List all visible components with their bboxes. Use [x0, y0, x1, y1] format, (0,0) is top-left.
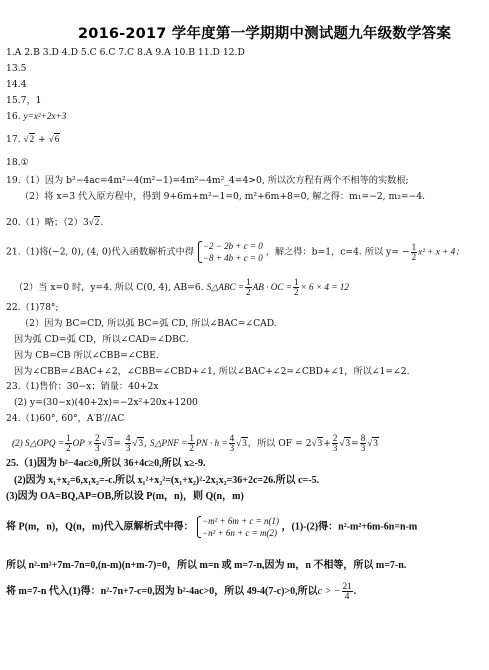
answer-25-part1: 25.（1)因为 b²−4ac≥0,所以 36+4c≥0,所以 x≥-9. [6, 458, 205, 470]
answer-25-part2: (2)因为 x₁+x₂=6,x₁x₂=-c.所以 x₁²+x₂²=(x₁+x₂)… [14, 475, 319, 487]
fraction: 23 [94, 434, 101, 453]
answer-22-line4: 因为∠CBB=∠BAC+∠2，∠CBB=∠CBD+∠1, 所以∠BAC+∠2=∠… [14, 366, 410, 378]
answer-19-part2: （2）将 x=3 代入原方程中，得到 9+6m+m²−1=0, m²+6m+8=… [20, 191, 425, 203]
answer-14: 14.4 [6, 79, 26, 91]
answer-15: 15.7，1 [6, 95, 42, 107]
sqrt-6: √6 [49, 133, 61, 144]
answer-24-part1: 24.（1)60°, 60°，A′B′//AC [6, 413, 124, 425]
sqrt-3: √3 [132, 437, 144, 448]
sqrt-3: √3 [312, 437, 324, 448]
page-title: 2016-2017 学年度第一学期期中测试题九年级数学答案 [78, 22, 451, 43]
answer-18: 18.① [6, 157, 29, 169]
answer-13: 13.5 [6, 63, 26, 75]
sqrt-3: √3 [236, 437, 248, 448]
answer-22-line2: 因为弧 CD=弧 CD，所以∠CAD=∠DBC. [14, 334, 189, 346]
sqrt-2: √2 [89, 216, 101, 227]
answer-16-expr: y=x²+2x+3 [24, 111, 67, 121]
answer-17: 17. √2 + √6 [6, 133, 60, 146]
equation-system: −2 − 2b + c = 0 −8 + 4b + c = 0 [197, 240, 263, 264]
sqrt-3: √3 [367, 437, 379, 448]
fraction: 12 [293, 278, 300, 297]
answer-16-number: 16. [6, 111, 21, 122]
answer-21-part1: 21.（1)将(−2, 0), (4, 0)代入函数解析式中得 −2 − 2b … [6, 240, 464, 264]
choice-answers: 1.A 2.B 3.D 4.D 5.C 6.C 7.C 8.A 9.A 10.B… [6, 47, 245, 59]
answer-19-part1: 19.（1）因为 b²−4ac=4m²−4(m²−1)=4m²−4m²_4=4>… [6, 175, 409, 187]
fraction: 43 [125, 434, 132, 453]
equation-system: −m² + 6m + c = n(1) −n² + 6n + c = m(2) [196, 515, 279, 539]
fraction: 12 [245, 278, 252, 297]
answer-20: 20.（1）略；（2）3√2. [6, 216, 103, 229]
fraction: 214 [342, 582, 353, 601]
answer-17-number: 17. [6, 134, 21, 145]
answer-23-part1: 23.（1)售价：30−x；销量：40+2x [6, 381, 159, 393]
answer-22-part1: 22.（1)78°; [6, 302, 59, 314]
answer-key-page: 2016-2017 学年度第一学期期中测试题九年级数学答案 1.A 2.B 3.… [0, 0, 489, 670]
fraction: 12 [188, 434, 195, 453]
answer-25-part3: (3)因为 OA=BQ,AP=OB,所以设 P(m，n)，则 Q(n，m) [6, 491, 244, 503]
sqrt-3: √3 [102, 437, 114, 448]
answer-16: 16. y=x²+2x+3 [6, 110, 66, 123]
answer-22-line1: （2）因为 BC=CD, 所以弧 BC=弧 CD, 所以∠BAC=∠CAD. [20, 318, 277, 330]
answer-21-part2: （2）当 x=0 时，y=4. 所以 C(0, 4), AB=6. S△ABC … [14, 278, 349, 297]
fraction: 23 [332, 434, 339, 453]
sqrt-3: √3 [339, 437, 351, 448]
answer-25-part4: 将 P(m，n)，Q(n，m)代入原解析式中得： −m² + 6m + c = … [6, 515, 417, 539]
answer-23-part2: (2) y=(30−x)(40+2x)=−2x²+20x+1200 [14, 397, 198, 409]
fraction: 12 [411, 243, 418, 262]
fraction: 43 [229, 434, 236, 453]
answer-25-part5: 所以 n²-m²+7m-7n=0,(n-m)(n+m-7)=0，所以 m=n 或… [6, 560, 406, 572]
answer-24-part2: (2) S△OPQ =12OP ×23√3= 43√3, S△PNF =12PN… [12, 434, 379, 453]
answer-25-part6: 将 m=7-n 代入(1)得：n²-7n+7-c=0,因为 b²-4ac>0，所… [6, 582, 356, 601]
sqrt-2: √2 [24, 133, 36, 144]
answer-22-line3: 因为 CB=CB 所以∠CBB=∠CBE. [14, 350, 159, 362]
fraction: 12 [65, 434, 72, 453]
fraction: 83 [360, 434, 367, 453]
